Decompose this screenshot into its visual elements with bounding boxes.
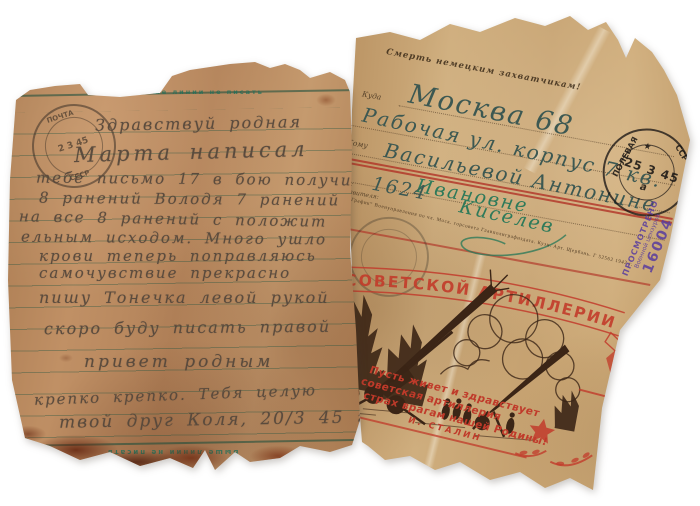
letter-sheet: Выше линии не писать Выше линии не писат… [6, 58, 362, 472]
scanned-letters-scene: Смерть немецким захватчикам! Куда Кому А… [0, 0, 700, 506]
letter-line: самочувствие прекрасно [39, 264, 291, 282]
letter-line: тебе письмо 17 в бою получил [36, 169, 364, 190]
margin-print-top: Выше линии не писать [138, 88, 264, 96]
letter-line: Здравствуй родная [95, 112, 302, 135]
letter-line: скоро буду писать правой [44, 317, 331, 339]
letter-line: крови теперь поправляюсь [39, 247, 317, 265]
field-post-card: Смерть немецким захватчикам! Куда Кому А… [330, 10, 696, 504]
postmark-ring-right: ССР [674, 143, 691, 163]
letter-line: привет родным [84, 352, 273, 372]
letter-line: пишу Тонечка левой рукой [39, 288, 330, 307]
letter-line: 8 ранений Володя 7 ранений [39, 189, 340, 210]
field-label-kuda: Куда [361, 89, 382, 101]
letter-line: ельным исходом. Много ушло [21, 228, 327, 249]
ribbon-tail-fork [604, 348, 625, 375]
margin-print-bottom: Выше линии не писать [106, 448, 239, 456]
